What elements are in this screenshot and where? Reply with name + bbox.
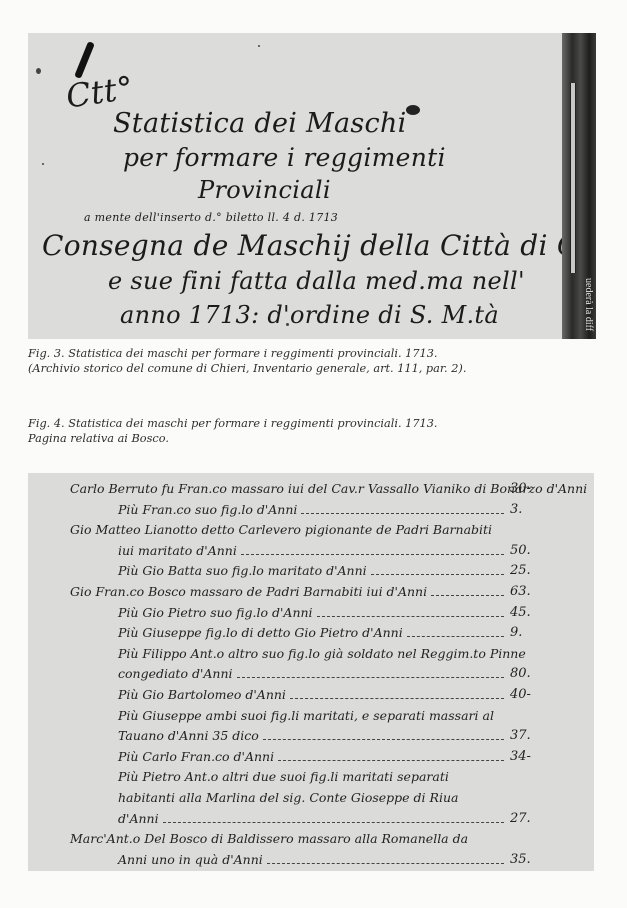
manuscript-title-line-2: per formare i reggimenti xyxy=(123,143,446,172)
ink-blot xyxy=(406,105,420,115)
spine-strip xyxy=(570,83,576,273)
ledger-row: Anni uno in quà d'Anni35. xyxy=(28,852,594,871)
ledger-age-value: 37. xyxy=(510,728,550,743)
ink-speck xyxy=(42,163,44,165)
ledger-age-value: 30- xyxy=(510,481,550,496)
figure-4-ledger-photo: Carlo Berruto fu Fran.co massaro iui del… xyxy=(28,473,594,871)
ledger-entry-text: Gio Matteo Lianotto detto Carlevero pigi… xyxy=(70,522,492,537)
ledger-leader-dashes xyxy=(237,677,504,678)
ledger-entry-text: Più Giuseppe fig.lo di detto Gio Pietro … xyxy=(118,625,403,640)
ledger-row: Più Gio Pietro suo fig.lo d'Anni45. xyxy=(28,605,594,625)
ledger-entry-text: Più Giuseppe ambi suoi fig.li maritati, … xyxy=(118,708,494,723)
ledger-list: Carlo Berruto fu Fran.co massaro iui del… xyxy=(28,473,594,871)
ledger-leader-dashes xyxy=(317,616,504,617)
ledger-age-value: 9. xyxy=(510,625,550,640)
figure-4-caption-line-1: Fig. 4. Statistica dei maschi per formar… xyxy=(28,416,438,431)
ledger-entry-text: d'Anni xyxy=(118,811,159,826)
ledger-row: Più Filippo Ant.o altro suo fig.lo già s… xyxy=(28,646,594,666)
ledger-leader-dashes xyxy=(278,760,504,761)
ledger-row: d'Anni27. xyxy=(28,811,594,831)
ledger-row: Tauano d'Anni 35 dico37. xyxy=(28,728,594,748)
manuscript-note-line: a mente dell'inserto d.° biletto ll. 4 d… xyxy=(84,211,338,224)
ledger-row: Più Fran.co suo fig.lo d'Anni3. xyxy=(28,502,594,522)
ledger-age-value: 34- xyxy=(510,749,550,764)
ledger-leader-dashes xyxy=(241,554,504,555)
ledger-entry-text: Più Gio Bartolomeo d'Anni xyxy=(118,687,286,702)
figure-3-manuscript-photo: Ctt° Statistica dei Maschi per formare i… xyxy=(28,33,596,339)
ledger-leader-dashes xyxy=(407,636,504,637)
ledger-leader-dashes xyxy=(163,822,504,823)
manuscript-title-line-5: Consegna de Maschij della Città di Chier… xyxy=(42,229,596,262)
ledger-row: Gio Fran.co Bosco massaro de Padri Barna… xyxy=(28,584,594,604)
spine-text: uederà la diff xyxy=(583,278,594,331)
ledger-row: Più Gio Bartolomeo d'Anni40- xyxy=(28,687,594,707)
ledger-entry-text: Più Gio Batta suo fig.lo maritato d'Anni xyxy=(118,563,367,578)
figure-3-caption: Fig. 3. Statistica dei maschi per formar… xyxy=(28,346,466,376)
ledger-age-value: 27. xyxy=(510,811,550,826)
ledger-entry-text: Anni uno in quà d'Anni xyxy=(118,852,263,867)
ledger-entry-text: habitanti alla Marlina del sig. Conte Gi… xyxy=(118,790,458,805)
ledger-leader-dashes xyxy=(290,698,504,699)
manuscript-title-line-7: anno 1713: d'ordine di S. M.tà xyxy=(120,301,499,329)
ledger-row: Gio Matteo Lianotto detto Carlevero pigi… xyxy=(28,522,594,542)
ledger-entry-text: Tauano d'Anni 35 dico xyxy=(118,728,259,743)
figure-3-caption-line-1: Fig. 3. Statistica dei maschi per formar… xyxy=(28,346,466,361)
book-spine-edge: uederà la diff xyxy=(562,33,596,339)
ink-speck xyxy=(36,68,41,74)
ledger-entry-text: Più Gio Pietro suo fig.lo d'Anni xyxy=(118,605,313,620)
ink-speck xyxy=(258,45,260,47)
ledger-leader-dashes xyxy=(301,513,504,514)
ledger-age-value: 80. xyxy=(510,666,550,681)
ledger-age-value: 45. xyxy=(510,605,550,620)
ledger-row: Più Pietro Ant.o altri due suoi fig.li m… xyxy=(28,769,594,789)
manuscript-title-line-6: e sue fini fatta dalla med.ma nell' xyxy=(108,267,525,295)
ledger-row: Più Gio Batta suo fig.lo maritato d'Anni… xyxy=(28,563,594,583)
ledger-entry-text: iui maritato d'Anni xyxy=(118,543,237,558)
ledger-row: congediato d'Anni80. xyxy=(28,666,594,686)
ledger-entry-text: Più Filippo Ant.o altro suo fig.lo già s… xyxy=(118,646,526,661)
ledger-entry-text: Più Fran.co suo fig.lo d'Anni xyxy=(118,502,297,517)
ledger-leader-dashes xyxy=(371,574,504,575)
ledger-leader-dashes xyxy=(263,739,504,740)
ledger-entry-text: Gio Fran.co Bosco massaro de Padri Barna… xyxy=(70,584,427,599)
ledger-age-value: 25. xyxy=(510,563,550,578)
ledger-row: Marc'Ant.o Del Bosco di Baldissero massa… xyxy=(28,831,594,851)
ledger-row: iui maritato d'Anni50. xyxy=(28,543,594,563)
ledger-age-value: 40- xyxy=(510,687,550,702)
figure-3-caption-line-2: (Archivio storico del comune di Chieri, … xyxy=(28,361,466,376)
ledger-leader-dashes xyxy=(431,595,504,596)
figure-4-caption-line-2: Pagina relativa ai Bosco. xyxy=(28,431,438,446)
ledger-entry-text: Più Pietro Ant.o altri due suoi fig.li m… xyxy=(118,769,449,784)
ledger-row: Più Giuseppe ambi suoi fig.li maritati, … xyxy=(28,708,594,728)
figure-4-caption: Fig. 4. Statistica dei maschi per formar… xyxy=(28,416,438,446)
ledger-row: Carlo Berruto fu Fran.co massaro iui del… xyxy=(28,481,594,501)
ledger-leader-dashes xyxy=(267,863,504,864)
ledger-entry-text: Marc'Ant.o Del Bosco di Baldissero massa… xyxy=(70,831,468,846)
manuscript-title-line-3: Provinciali xyxy=(198,176,331,204)
ledger-entry-text: Più Carlo Fran.co d'Anni xyxy=(118,749,274,764)
ledger-row: Più Giuseppe fig.lo di detto Gio Pietro … xyxy=(28,625,594,645)
manuscript-title-line-1: Statistica dei Maschi xyxy=(113,108,407,139)
ledger-age-value: 3. xyxy=(510,502,550,517)
ledger-row: Più Carlo Fran.co d'Anni34- xyxy=(28,749,594,769)
ledger-age-value: 35. xyxy=(510,852,550,867)
ledger-row: habitanti alla Marlina del sig. Conte Gi… xyxy=(28,790,594,810)
ledger-age-value: 50. xyxy=(510,543,550,558)
ledger-age-value: 63. xyxy=(510,584,550,599)
ledger-entry-text: congediato d'Anni xyxy=(118,666,233,681)
